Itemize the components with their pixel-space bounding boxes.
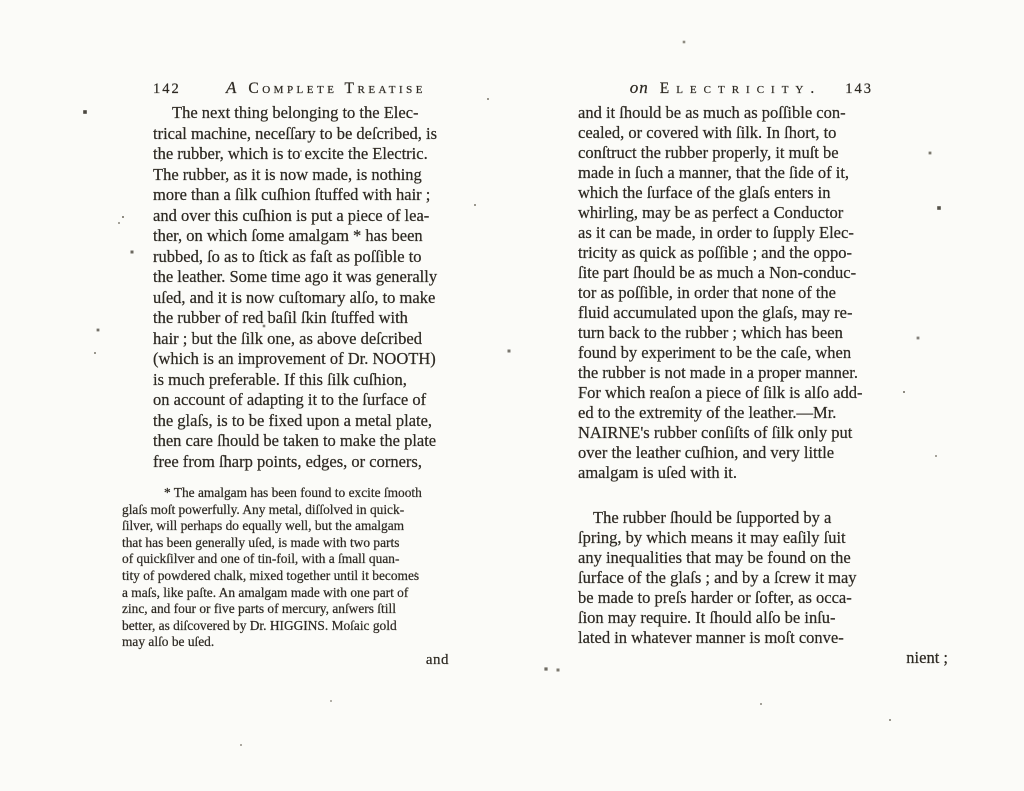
text-line: then care ſhould be taken to make the pl… (153, 431, 455, 452)
footnote-line: better, as diſcovered by Dr. HIGGINS. Mo… (122, 618, 455, 635)
footnote-line: a maſs, like paſte. An amalgam made with… (122, 585, 455, 602)
text-line: NAIRNE's rubber conſiſts of ſilk only pu… (578, 423, 873, 443)
footnote-line: may alſo be uſed. (122, 634, 455, 651)
text-line: whirling, may be as perfect a Conductor (578, 203, 873, 223)
text-line: as it can be made, in order to ſupply El… (578, 223, 873, 243)
catchword: and (153, 652, 455, 669)
text-line: the rubber, which is to excite the Elect… (153, 144, 455, 165)
paragraph-end-fragment: nient ; (653, 648, 948, 668)
footnote-line: ſilver, will perhaps do equally well, bu… (122, 518, 455, 535)
left-body-paragraph: The next thing belonging to the Elec-tri… (153, 103, 455, 472)
running-title-caps: Electricity. (660, 80, 822, 97)
running-title-italic-a: A (226, 78, 237, 97)
right-page-number: 143 (829, 81, 873, 98)
text-line: and it ſhould be as much as poſſible con… (578, 103, 873, 123)
left-page-header: 142 A Complete Treatise (153, 78, 455, 98)
text-line: hair ; but the ſilk one, as above deſcri… (153, 329, 455, 350)
text-line: which the ſurface of the glaſs enters in (578, 183, 873, 203)
right-body-paragraph-1: and it ſhould be as much as poſſible con… (578, 103, 873, 483)
text-line: ther, on which ſome amalgam * has been (153, 226, 455, 247)
text-line: ſurface of the glaſs ; and by a ſcrew it… (578, 568, 873, 588)
text-line: ſite part ſhould be as much a Non-conduc… (578, 263, 873, 283)
left-page-number: 142 (153, 81, 197, 98)
footnote-line: * The amalgam has been found to excite ſ… (122, 485, 455, 502)
left-page: 142 A Complete Treatise The next thing b… (153, 78, 455, 669)
text-line: be made to preſs harder or ſofter, as oc… (578, 588, 873, 608)
text-line: found by experiment to be the caſe, when (578, 343, 873, 363)
text-line: (which is an improvement of Dr. NOOTH) (153, 349, 455, 370)
text-line: fluid accumulated upon the glaſs, may re… (578, 303, 873, 323)
right-page-header: on Electricity. 143 (578, 78, 873, 98)
text-line: more than a ſilk cuſhion ſtuffed with ha… (153, 185, 455, 206)
text-line: cealed, or covered with ſilk. In ſhort, … (578, 123, 873, 143)
text-line: turn back to the rubber ; which has been (578, 323, 873, 343)
text-line: The rubber ſhould be ſupported by a (578, 508, 873, 528)
text-line: The rubber, as it is now made, is nothin… (153, 165, 455, 186)
scan-noise-specks (0, 0, 2, 2)
text-line: and over this cuſhion is put a piece of … (153, 206, 455, 227)
footnote-line: that has been generally uſed, is made wi… (122, 535, 455, 552)
text-line: uſed, and it is now cuſtomary alſo, to m… (153, 288, 455, 309)
footnote-block: * The amalgam has been found to excite ſ… (122, 485, 455, 651)
footnote-line: zinc, and four or five parts of mercury,… (122, 601, 455, 618)
left-running-title: A Complete Treatise (197, 78, 455, 98)
text-line: tor as poſſible, in order that none of t… (578, 283, 873, 303)
text-line: ſion may require. It ſhould alſo be inſu… (578, 608, 873, 628)
right-page: on Electricity. 143 and it ſhould be as … (578, 78, 873, 668)
text-line: any inequalities that may be found on th… (578, 548, 873, 568)
text-line: is much preferable. If this ſilk cuſhion… (153, 370, 455, 391)
text-line: conſtruct the rubber properly, it muſt b… (578, 143, 873, 163)
text-line: the leather. Some time ago it was genera… (153, 267, 455, 288)
text-line: trical machine, neceſſary to be deſcribe… (153, 124, 455, 145)
footnote-line: tity of powdered chalk, mixed together u… (122, 568, 455, 585)
footnote-line: of quickſilver and one of tin-foil, with… (122, 551, 455, 568)
text-line: the rubber of red baſil ſkin ſtuffed wit… (153, 308, 455, 329)
right-running-title: on Electricity. (608, 78, 829, 98)
text-line: tricity as quick as poſſible ; and the o… (578, 243, 873, 263)
text-line: made in ſuch a manner, that the ſide of … (578, 163, 873, 183)
running-title-italic-on: on (630, 78, 649, 97)
text-line: amalgam is uſed with it. (578, 463, 873, 483)
text-line: rubbed, ſo as to ſtick as faſt as poſſib… (153, 247, 455, 268)
text-line: on account of adapting it to the ſurface… (153, 390, 455, 411)
text-line: the glaſs, is to be fixed upon a metal p… (153, 411, 455, 432)
footnote-line: glaſs moſt powerfully. Any metal, diſſol… (122, 502, 455, 519)
text-line: lated in whatever manner is moſt conve- (578, 628, 873, 648)
text-line: ſpring, by which means it may eaſily ſui… (578, 528, 873, 548)
running-title-caps: Complete Treatise (248, 80, 426, 97)
text-line: ed to the extremity of the leather.—Mr. (578, 403, 873, 423)
text-line: For which reaſon a piece of ſilk is alſo… (578, 383, 873, 403)
text-line: free from ſharp points, edges, or corner… (153, 452, 455, 473)
right-body-paragraph-2: The rubber ſhould be ſupported by aſprin… (578, 508, 873, 648)
text-line: over the leather cuſhion, and very littl… (578, 443, 873, 463)
text-line: The next thing belonging to the Elec- (153, 103, 455, 124)
book-scan-sheet: 142 A Complete Treatise The next thing b… (0, 0, 1024, 791)
text-line: the rubber is not made in a proper manne… (578, 363, 873, 383)
